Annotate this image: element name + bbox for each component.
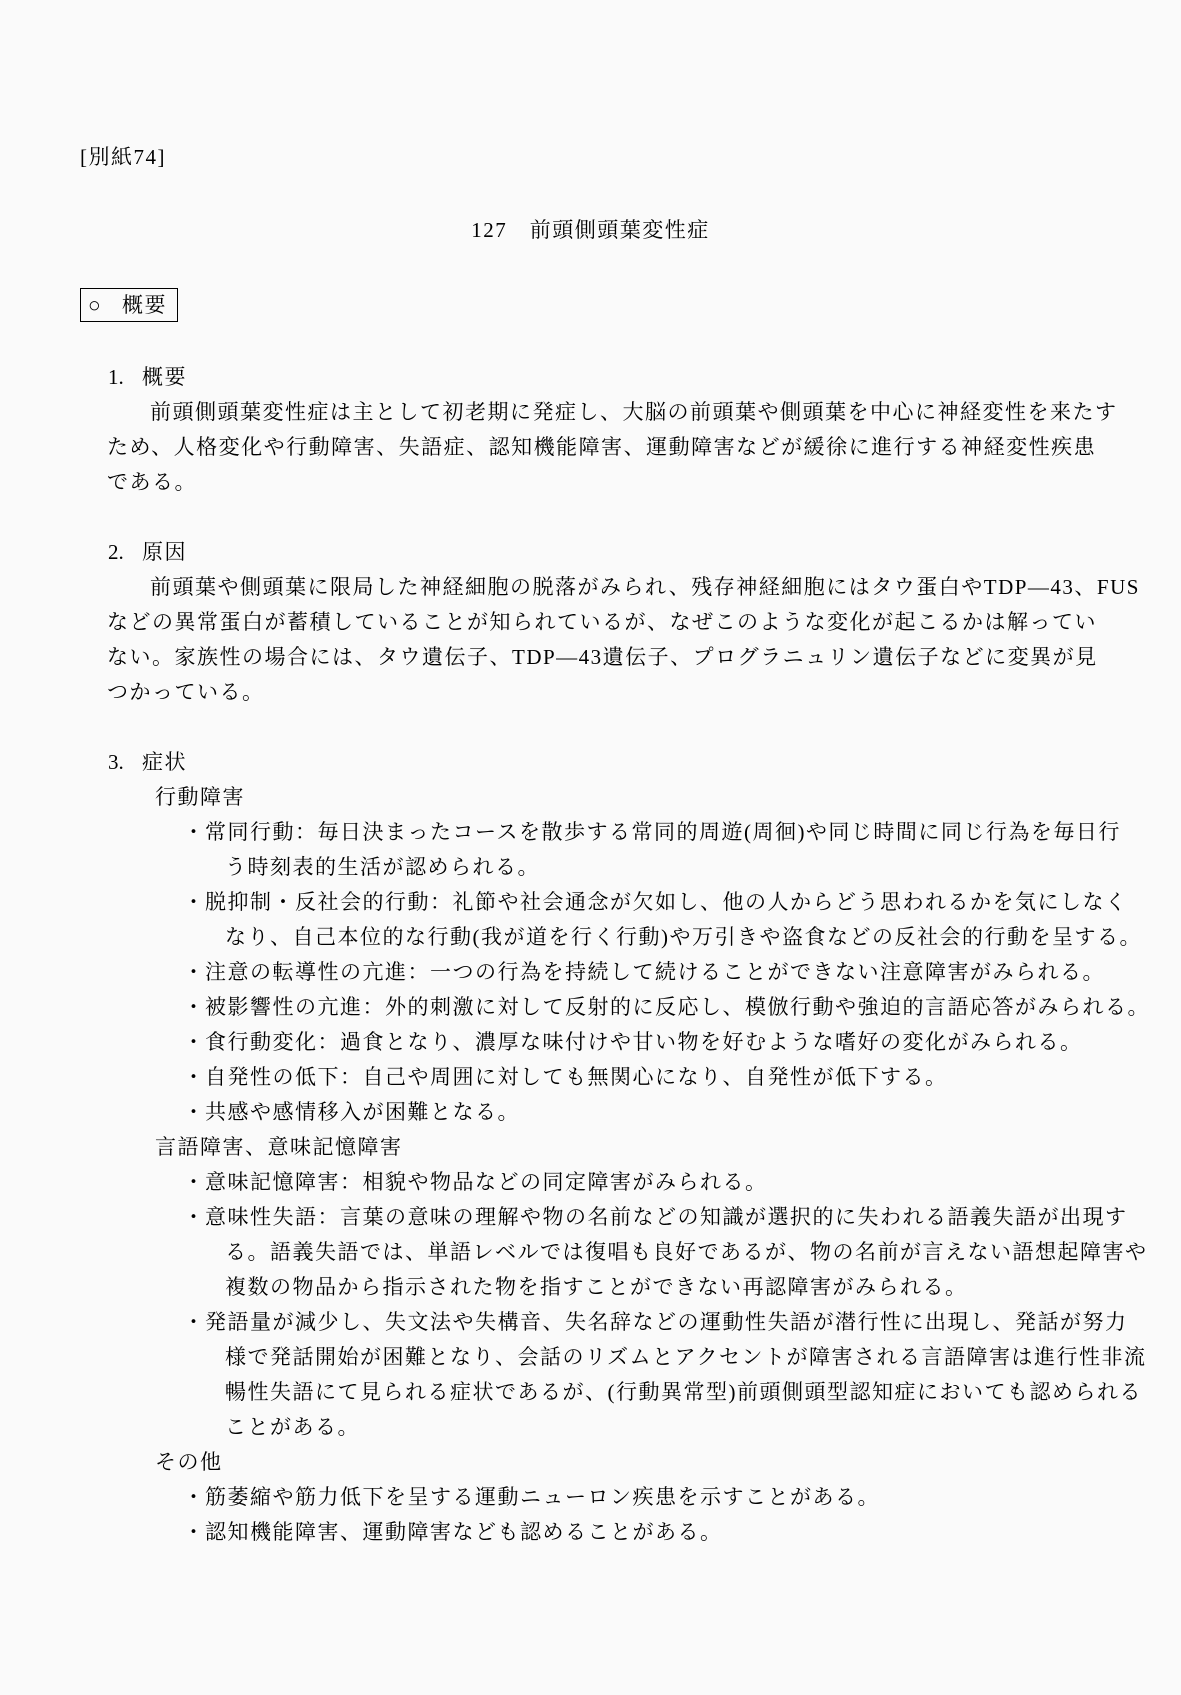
section-number: 1. bbox=[108, 360, 142, 395]
bullet-text: 認知機能障害、運動障害なども認めることがある。 bbox=[205, 1520, 723, 1544]
bullet-text: 常同行動：毎日決まったコースを散歩する常同的周遊(周徊)や同じ時間に同じ行為を毎… bbox=[205, 820, 1121, 844]
bullet-item: ・注意の転導性の亢進：一つの行為を持続して続けることができない注意障害がみられる… bbox=[183, 955, 1181, 990]
bullet-item: ・脱抑制・反社会的行動：礼節や社会通念が欠如し、他の人からどう思われるかを気にし… bbox=[183, 885, 1181, 920]
paragraph-line: である。 bbox=[107, 465, 1181, 500]
bullet-item: ・自発性の低下：自己や周囲に対しても無関心になり、自発性が低下する。 bbox=[183, 1060, 1181, 1095]
section-title: 概要 bbox=[142, 365, 187, 389]
circle-marker: ○ bbox=[88, 290, 122, 320]
paragraph-line: つかっている。 bbox=[107, 675, 1181, 710]
bullet-item: ・発語量が減少し、失文法や失構音、失名辞などの運動性失語が潜行性に出現し、発話が… bbox=[183, 1305, 1181, 1340]
section-symptoms: 3.症状 行動障害 ・常同行動：毎日決まったコースを散歩する常同的周遊(周徊)や… bbox=[0, 745, 1181, 1550]
bullet-text: 意味性失語：言葉の意味の理解や物の名前などの知識が選択的に失われる語義失語が出現… bbox=[205, 1205, 1128, 1229]
section-number: 3. bbox=[108, 745, 142, 780]
bullet-marker: ・ bbox=[183, 955, 205, 990]
paragraph-line: などの異常蛋白が蓄積していることが知られているが、なぜこのような変化が起こるかは… bbox=[107, 605, 1181, 640]
bullet-text: 食行動変化：過食となり、濃厚な味付けや甘い物を好むような嗜好の変化がみられる。 bbox=[205, 1030, 1083, 1054]
attachment-label: [別紙74] bbox=[80, 140, 1181, 175]
overview-box-label: 概要 bbox=[122, 293, 167, 317]
bullet-item: ・食行動変化：過食となり、濃厚な味付けや甘い物を好むような嗜好の変化がみられる。 bbox=[183, 1025, 1181, 1060]
bullet-marker: ・ bbox=[183, 1060, 205, 1095]
bullet-marker: ・ bbox=[183, 815, 205, 850]
overview-box-row: ○概要 bbox=[80, 288, 1181, 322]
section-heading: 3.症状 bbox=[108, 745, 1181, 780]
bullet-continuation: る。語義失語では、単語レベルでは復唱も良好であるが、物の名前が言えない語想起障害… bbox=[225, 1235, 1181, 1270]
bullet-text: 共感や感情移入が困難となる。 bbox=[205, 1100, 520, 1124]
bullet-text: 被影響性の亢進：外的刺激に対して反射的に反応し、模倣行動や強迫的言語応答がみられ… bbox=[205, 995, 1150, 1019]
paragraph-line: ため、人格変化や行動障害、失語症、認知機能障害、運動障害などが緩徐に進行する神経… bbox=[107, 430, 1181, 465]
bullet-marker: ・ bbox=[183, 1025, 205, 1060]
paragraph-line: ない。家族性の場合には、タウ遺伝子、TDP―43遺伝子、プログラニュリン遺伝子な… bbox=[107, 640, 1181, 675]
bullet-marker: ・ bbox=[183, 885, 205, 920]
section-overview: 1.概要 前頭側頭葉変性症は主として初老期に発症し、大脳の前頭葉や側頭葉を中心に… bbox=[0, 360, 1181, 500]
subsection-label: その他 bbox=[155, 1445, 1181, 1480]
bullet-text: 脱抑制・反社会的行動：礼節や社会通念が欠如し、他の人からどう思われるかを気にしな… bbox=[205, 890, 1128, 914]
section-number: 2. bbox=[108, 535, 142, 570]
paragraph-line: 前頭葉や側頭葉に限局した神経細胞の脱落がみられ、残存神経細胞にはタウ蛋白やTDP… bbox=[150, 570, 1181, 605]
bullet-continuation: なり、自己本位的な行動(我が道を行く行動)や万引きや盗食などの反社会的行動を呈す… bbox=[225, 920, 1181, 955]
bullet-continuation: 複数の物品から指示された物を指すことができない再認障害がみられる。 bbox=[225, 1270, 1181, 1305]
subsection-label: 行動障害 bbox=[155, 780, 1181, 815]
section-title: 原因 bbox=[142, 540, 187, 564]
bullet-item: ・認知機能障害、運動障害なども認めることがある。 bbox=[183, 1515, 1181, 1550]
bullet-text: 筋萎縮や筋力低下を呈する運動ニューロン疾患を示すことがある。 bbox=[205, 1485, 880, 1509]
bullet-marker: ・ bbox=[183, 1305, 205, 1340]
section-title: 症状 bbox=[142, 750, 187, 774]
bullet-item: ・常同行動：毎日決まったコースを散歩する常同的周遊(周徊)や同じ時間に同じ行為を… bbox=[183, 815, 1181, 850]
bullet-text: 注意の転導性の亢進：一つの行為を持続して続けることができない注意障害がみられる。 bbox=[205, 960, 1105, 984]
bullet-marker: ・ bbox=[183, 1165, 205, 1200]
bullet-marker: ・ bbox=[183, 1095, 205, 1130]
bullet-marker: ・ bbox=[183, 990, 205, 1025]
document-page: [別紙74] 127 前頭側頭葉変性症 ○概要 1.概要 前頭側頭葉変性症は主と… bbox=[0, 140, 1181, 1550]
bullet-text: 意味記憶障害：相貌や物品などの同定障害がみられる。 bbox=[205, 1170, 768, 1194]
bullet-text: 自発性の低下：自己や周囲に対しても無関心になり、自発性が低下する。 bbox=[205, 1065, 948, 1089]
paragraph-line: 前頭側頭葉変性症は主として初老期に発症し、大脳の前頭葉や側頭葉を中心に神経変性を… bbox=[150, 395, 1181, 430]
bullet-marker: ・ bbox=[183, 1515, 205, 1550]
bullet-item: ・筋萎縮や筋力低下を呈する運動ニューロン疾患を示すことがある。 bbox=[183, 1480, 1181, 1515]
bullet-text: 発語量が減少し、失文法や失構音、失名辞などの運動性失語が潜行性に出現し、発話が努… bbox=[205, 1310, 1128, 1334]
bullet-item: ・意味記憶障害：相貌や物品などの同定障害がみられる。 bbox=[183, 1165, 1181, 1200]
bullet-continuation: う時刻表的生活が認められる。 bbox=[225, 850, 1181, 885]
overview-box: ○概要 bbox=[80, 288, 178, 322]
bullet-continuation: ことがある。 bbox=[225, 1410, 1181, 1445]
bullet-item: ・意味性失語：言葉の意味の理解や物の名前などの知識が選択的に失われる語義失語が出… bbox=[183, 1200, 1181, 1235]
bullet-marker: ・ bbox=[183, 1480, 205, 1515]
bullet-continuation: 様で発話開始が困難となり、会話のリズムとアクセントが障害される言語障害は進行性非… bbox=[225, 1340, 1181, 1375]
section-cause: 2.原因 前頭葉や側頭葉に限局した神経細胞の脱落がみられ、残存神経細胞にはタウ蛋… bbox=[0, 535, 1181, 710]
page-title: 127 前頭側頭葉変性症 bbox=[0, 213, 1181, 248]
subsection-label: 言語障害、意味記憶障害 bbox=[155, 1130, 1181, 1165]
bullet-item: ・共感や感情移入が困難となる。 bbox=[183, 1095, 1181, 1130]
bullet-item: ・被影響性の亢進：外的刺激に対して反射的に反応し、模倣行動や強迫的言語応答がみら… bbox=[183, 990, 1181, 1025]
section-heading: 1.概要 bbox=[108, 360, 1181, 395]
bullet-marker: ・ bbox=[183, 1200, 205, 1235]
bullet-continuation: 暢性失語にて見られる症状であるが、(行動異常型)前頭側頭型認知症においても認めら… bbox=[225, 1375, 1181, 1410]
section-heading: 2.原因 bbox=[108, 535, 1181, 570]
